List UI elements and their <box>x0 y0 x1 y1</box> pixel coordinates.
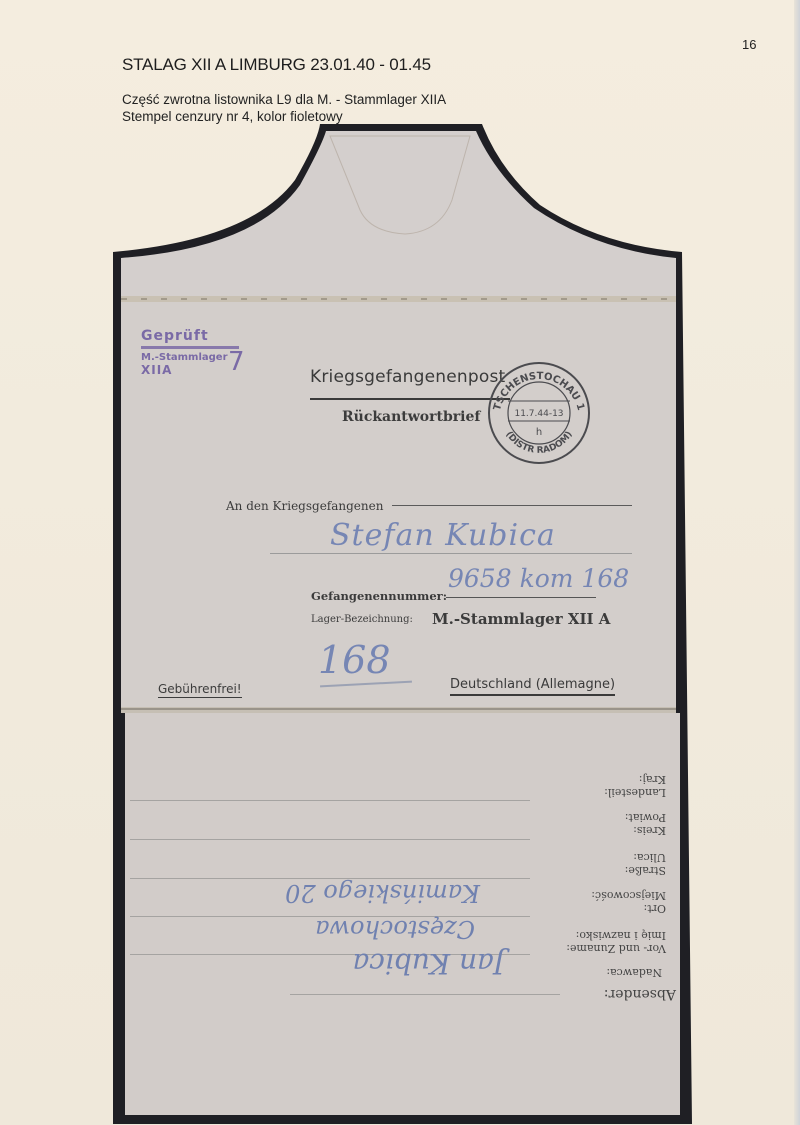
sender-rule <box>130 800 530 801</box>
sender-block: Absender: Nadawca: Vor- und Zuname: Imię… <box>125 715 680 1115</box>
censor-stamp-camp: M.-Stammlager <box>141 352 239 363</box>
destination-country: Deutschland (Allemagne) <box>450 677 615 696</box>
addressee-label: An den Kriegsgefangenen <box>226 499 383 513</box>
censor-stamp-camp-number: XIIA <box>141 363 239 377</box>
censor-stamp: Geprüft M.-Stammlager XIIA 7 <box>141 328 239 377</box>
sender-heading: Absender: <box>604 987 676 1000</box>
prisoner-name: Stefan Kubica <box>330 518 556 553</box>
postmark-town: TSCHENSTOCHAU 1 <box>492 371 586 412</box>
camp-value: M.-Stammlager XII A <box>432 610 610 628</box>
postmark-date: 11.7.44-13 <box>514 409 563 419</box>
sender-rule <box>290 994 560 995</box>
censor-stamp-heading: Geprüft <box>141 328 239 344</box>
sender-field-region: Landesteil: Kraj: <box>604 773 666 799</box>
sender-street-handwritten: Kamińskiego 20 <box>285 879 480 907</box>
album-page: 16 STALAG XII A LIMBURG 23.01.40 - 01.45… <box>0 0 800 1125</box>
pow-number: 9658 kom 168 <box>448 564 629 593</box>
sender-field-town: Ort: Miejscowość: <box>591 889 666 915</box>
sender-field-district: Kreis: Powiat: <box>625 811 666 837</box>
censor-stamp-number: 7 <box>228 347 245 377</box>
sender-name-handwritten: Jan Kubica <box>353 947 505 980</box>
camp-label: Lager-Bezeichnung: <box>311 614 413 625</box>
service-heading: Kriegsgefangenenpost <box>310 367 505 387</box>
sender-heading-pl: Nadawca: <box>606 966 662 979</box>
sender-rule <box>130 839 530 840</box>
sender-field-street: Straße: Ulica: <box>625 851 666 877</box>
letter-type: Rückantwortbrief <box>342 409 480 425</box>
service-heading-rule <box>310 398 510 400</box>
handwritten-note: 168 <box>318 638 391 682</box>
pow-number-line <box>446 597 596 598</box>
name-line <box>270 553 632 554</box>
postmark: TSCHENSTOCHAU 1 (DISTR RADOM) 11.7.44-13… <box>483 357 595 469</box>
pow-number-label: Gefangenennummer: <box>311 589 447 603</box>
sender-town-handwritten: Częstochowa <box>315 915 475 943</box>
postmark-code: h <box>536 427 542 438</box>
svg-text:TSCHENSTOCHAU 1: TSCHENSTOCHAU 1 <box>492 371 586 412</box>
fee-note: Gebührenfrei! <box>158 682 242 698</box>
censor-stamp-rule <box>141 346 239 349</box>
addressee-line <box>392 505 632 506</box>
sender-field-name: Vor- und Zuname: Imię i nazwisko: <box>566 929 666 955</box>
